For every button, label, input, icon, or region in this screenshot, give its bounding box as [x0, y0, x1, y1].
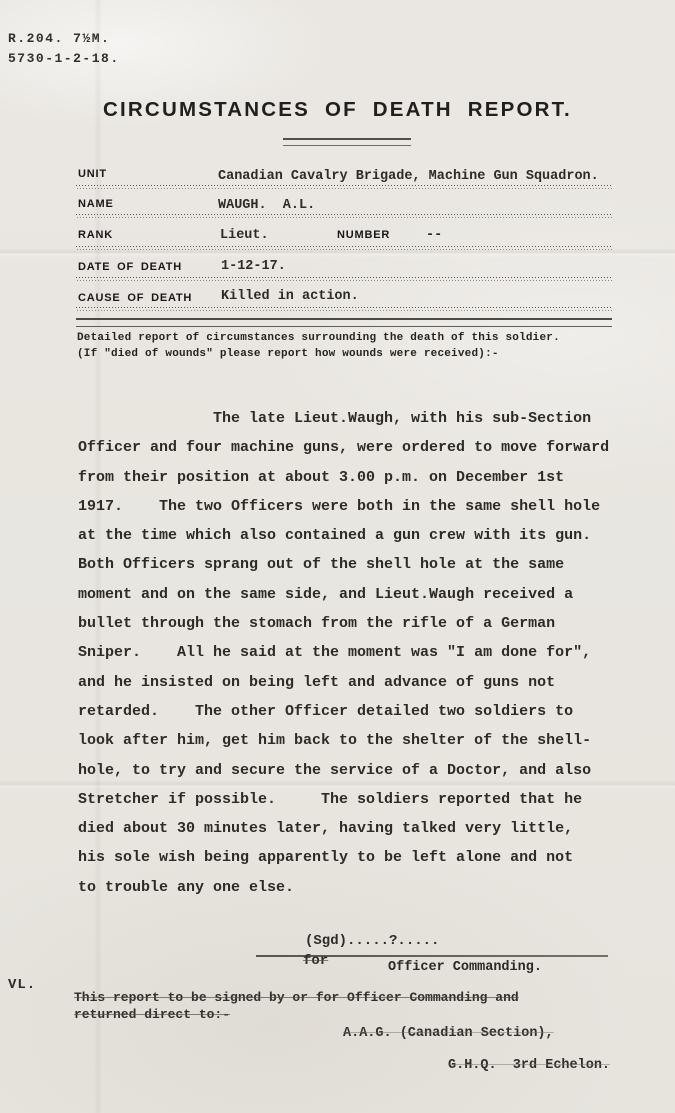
- field-value-cause-of-death: Killed in action.: [221, 289, 359, 304]
- paper-background: R.204. 7½M. 5730-1-2-18. CIRCUMSTANCES O…: [0, 0, 675, 1113]
- report-line: to trouble any one else.: [78, 873, 618, 902]
- margin-initials: VL.: [8, 977, 36, 993]
- report-line: 1917. The two Officers were both in the …: [78, 492, 618, 521]
- dotted-rule: [76, 214, 612, 218]
- title-underline: [283, 138, 411, 146]
- report-line: Stretcher if possible. The soldiers repo…: [78, 785, 618, 814]
- dotted-rule: [76, 277, 612, 281]
- section-divider-rule: [76, 318, 612, 327]
- dotted-rule: [76, 246, 612, 250]
- field-label-name: NAME: [78, 198, 114, 210]
- field-label-cause-of-death: CAUSE OF DEATH: [78, 292, 192, 304]
- report-line: Sniper. All he said at the moment was "I…: [78, 638, 618, 667]
- field-label-rank: RANK: [78, 229, 113, 241]
- instruction-line-1: Detailed report of circumstances surroun…: [77, 332, 560, 344]
- report-line: bullet through the stomach from the rifl…: [78, 609, 618, 638]
- report-body: The late Lieut.Waugh, with his sub-Secti…: [78, 404, 618, 902]
- report-line: hole, to try and secure the service of a…: [78, 756, 618, 785]
- field-label-number: NUMBER: [337, 229, 390, 241]
- footer-note-line-1: This report to be signed by or for Offic…: [74, 990, 519, 1005]
- report-line: look after him, get him back to the shel…: [78, 726, 618, 755]
- report-line: retarded. The other Officer detailed two…: [78, 697, 618, 726]
- form-print-code: 5730-1-2-18.: [8, 51, 120, 66]
- dotted-rule: [76, 307, 612, 311]
- field-label-unit: UNIT: [78, 168, 107, 180]
- signature-title: Officer Commanding.: [388, 960, 542, 975]
- field-value-rank: Lieut.: [220, 228, 269, 243]
- field-value-name: WAUGH. A.L.: [218, 198, 315, 213]
- footer-addressee-ghq: G.H.Q. 3rd Echelon.: [448, 1058, 610, 1073]
- report-line: from their position at about 3.00 p.m. o…: [78, 463, 618, 492]
- report-line: and he insisted on being left and advanc…: [78, 668, 618, 697]
- report-line: his sole wish being apparently to be lef…: [78, 843, 618, 872]
- report-line: moment and on the same side, and Lieut.W…: [78, 580, 618, 609]
- report-line: Both Officers sprang out of the shell ho…: [78, 550, 618, 579]
- report-line: The late Lieut.Waugh, with his sub-Secti…: [78, 404, 618, 433]
- dotted-rule: [76, 185, 612, 189]
- field-value-number: --: [426, 228, 442, 243]
- form-reference-number: R.204. 7½M.: [8, 31, 110, 46]
- report-line: died about 30 minutes later, having talk…: [78, 814, 618, 843]
- field-value-unit: Canadian Cavalry Brigade, Machine Gun Sq…: [218, 169, 599, 184]
- field-value-date-of-death: 1-12-17.: [221, 259, 286, 274]
- page-title: CIRCUMSTANCES OF DEATH REPORT.: [0, 98, 675, 122]
- footer-addressee-aag: A.A.G. (Canadian Section),: [343, 1026, 554, 1041]
- signature-for-label: for: [303, 953, 328, 969]
- report-line: at the time which also contained a gun c…: [78, 521, 618, 550]
- signature-sgd: (Sgd).....?.....: [305, 933, 439, 949]
- footer-note-line-2: returned direct to:-: [74, 1007, 230, 1022]
- instruction-line-2: (If "died of wounds" please report how w…: [77, 348, 499, 360]
- field-label-date-of-death: DATE OF DEATH: [78, 261, 182, 273]
- report-line: Officer and four machine guns, were orde…: [78, 433, 618, 462]
